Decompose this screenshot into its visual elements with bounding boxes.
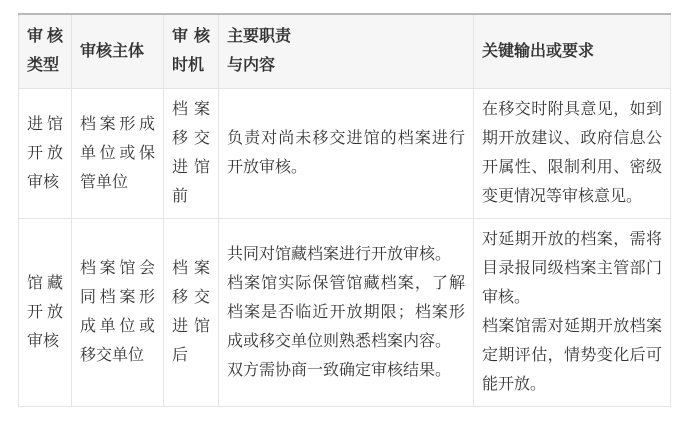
table-header: 审核类型 审核主体 审核时机 主要职责 与内容 关键输出或要求 <box>19 14 671 88</box>
header-row: 审核类型 审核主体 审核时机 主要职责 与内容 关键输出或要求 <box>19 14 671 88</box>
col-header-key-output: 关键输出或要求 <box>474 14 671 88</box>
cell-duties: 共同对馆藏档案进行开放审核。 档案馆实际保管馆藏档案，了解档案是否临近开放期限；… <box>219 218 474 406</box>
cell-key-output: 对延期开放的档案，需将目录报同级档案主管部门审核。 档案馆需对延期开放档案定期评… <box>474 218 671 406</box>
table-row: 进馆开放审核 档案形成单位或保管单位 档案移交进馆前 负责对尚未移交进馆的档案进… <box>19 88 671 218</box>
col-header-duties: 主要职责 与内容 <box>219 14 474 88</box>
cell-review-type: 馆藏开放审核 <box>19 218 72 406</box>
col-header-review-type: 审核类型 <box>19 14 72 88</box>
cell-review-type: 进馆开放审核 <box>19 88 72 218</box>
col-header-review-subject: 审核主体 <box>72 14 164 88</box>
cell-review-timing: 档案移交进馆前 <box>164 88 219 218</box>
cell-duties: 负责对尚未移交进馆的档案进行开放审核。 <box>219 88 474 218</box>
table-body: 进馆开放审核 档案形成单位或保管单位 档案移交进馆前 负责对尚未移交进馆的档案进… <box>19 88 671 406</box>
cell-review-timing: 档案移交进馆后 <box>164 218 219 406</box>
cell-review-subject: 档案形成单位或保管单位 <box>72 88 164 218</box>
cell-review-subject: 档案馆会同档案形成单位或移交单位 <box>72 218 164 406</box>
cell-key-output: 在移交时附具意见，如到期开放建议、政府信息公开属性、限制利用、密级变更情况等审核… <box>474 88 671 218</box>
table-row: 馆藏开放审核 档案馆会同档案形成单位或移交单位 档案移交进馆后 共同对馆藏档案进… <box>19 218 671 406</box>
review-table-container: 审核类型 审核主体 审核时机 主要职责 与内容 关键输出或要求 进馆开放审核 档… <box>18 13 671 407</box>
archive-review-table: 审核类型 审核主体 审核时机 主要职责 与内容 关键输出或要求 进馆开放审核 档… <box>18 13 671 407</box>
col-header-review-timing: 审核时机 <box>164 14 219 88</box>
